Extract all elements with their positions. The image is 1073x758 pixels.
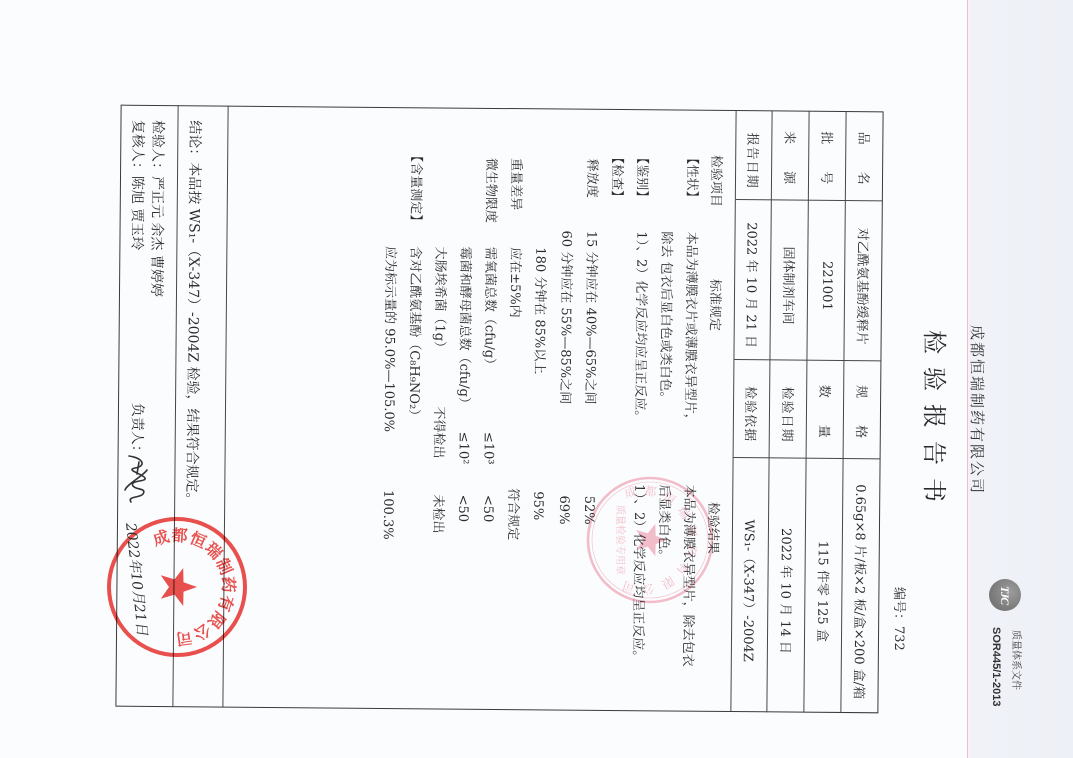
star-icon — [161, 568, 197, 606]
quality-stamp-center-text: 质量检验专用章 — [614, 505, 627, 575]
signature — [125, 456, 147, 502]
star-icon — [636, 524, 667, 556]
inspection-report-page: TJC 质量体系文件 SOR445/1-2013 成都恒瑞制药有限公司 检验报告… — [0, 0, 1073, 758]
quality-inspection-stamp: 成都恒瑞制药有限公司 质量检验专用章 — [588, 478, 712, 602]
stamps-overlay: 成都恒瑞制药有限公司 质量检验专用章 成都恒瑞制药有限公司 — [0, 0, 1073, 758]
